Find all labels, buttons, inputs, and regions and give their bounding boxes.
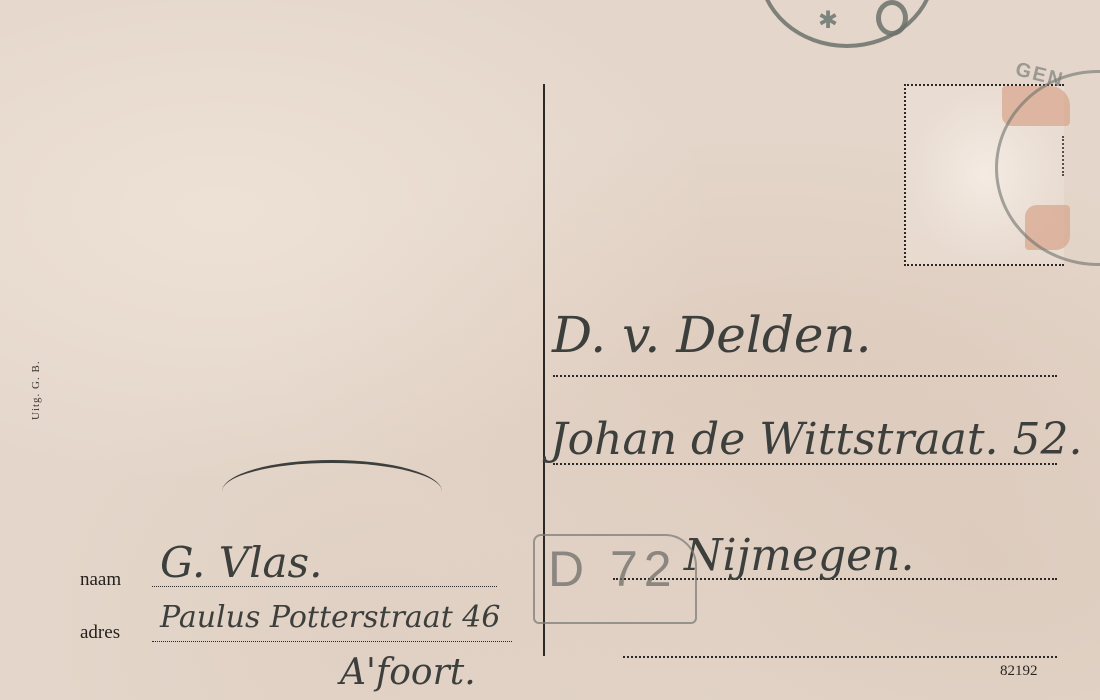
sender-address-value: Paulus Potterstraat 46 (160, 600, 500, 635)
sender-city-value: A'foort. (340, 652, 476, 693)
postcard-back: Uitg. G. B. ✱ GEN D. v. Delden. Johan de… (0, 0, 1100, 700)
sender-address-line (152, 641, 512, 642)
postmark-oval-icon (876, 0, 908, 36)
address-line-1 (553, 375, 1057, 377)
sender-name-label: naam (80, 569, 121, 591)
recipient-city: Nijmegen. (684, 530, 915, 581)
sender-address-label: adres (80, 622, 120, 644)
box-stamp-text: D 72 (548, 540, 678, 598)
publisher-imprint: Uitg. G. B. (30, 360, 42, 420)
address-line-4 (623, 656, 1057, 658)
postmark-star-icon: ✱ (818, 6, 838, 35)
sender-name-value: G. Vlas. (160, 538, 322, 587)
recipient-name: D. v. Delden. (552, 306, 872, 364)
signature-flourish (222, 460, 442, 523)
postmark-top-circle (758, 0, 936, 48)
serial-number: 82192 (1000, 663, 1038, 680)
recipient-street: Johan de Wittstraat. 52. (550, 414, 1083, 465)
